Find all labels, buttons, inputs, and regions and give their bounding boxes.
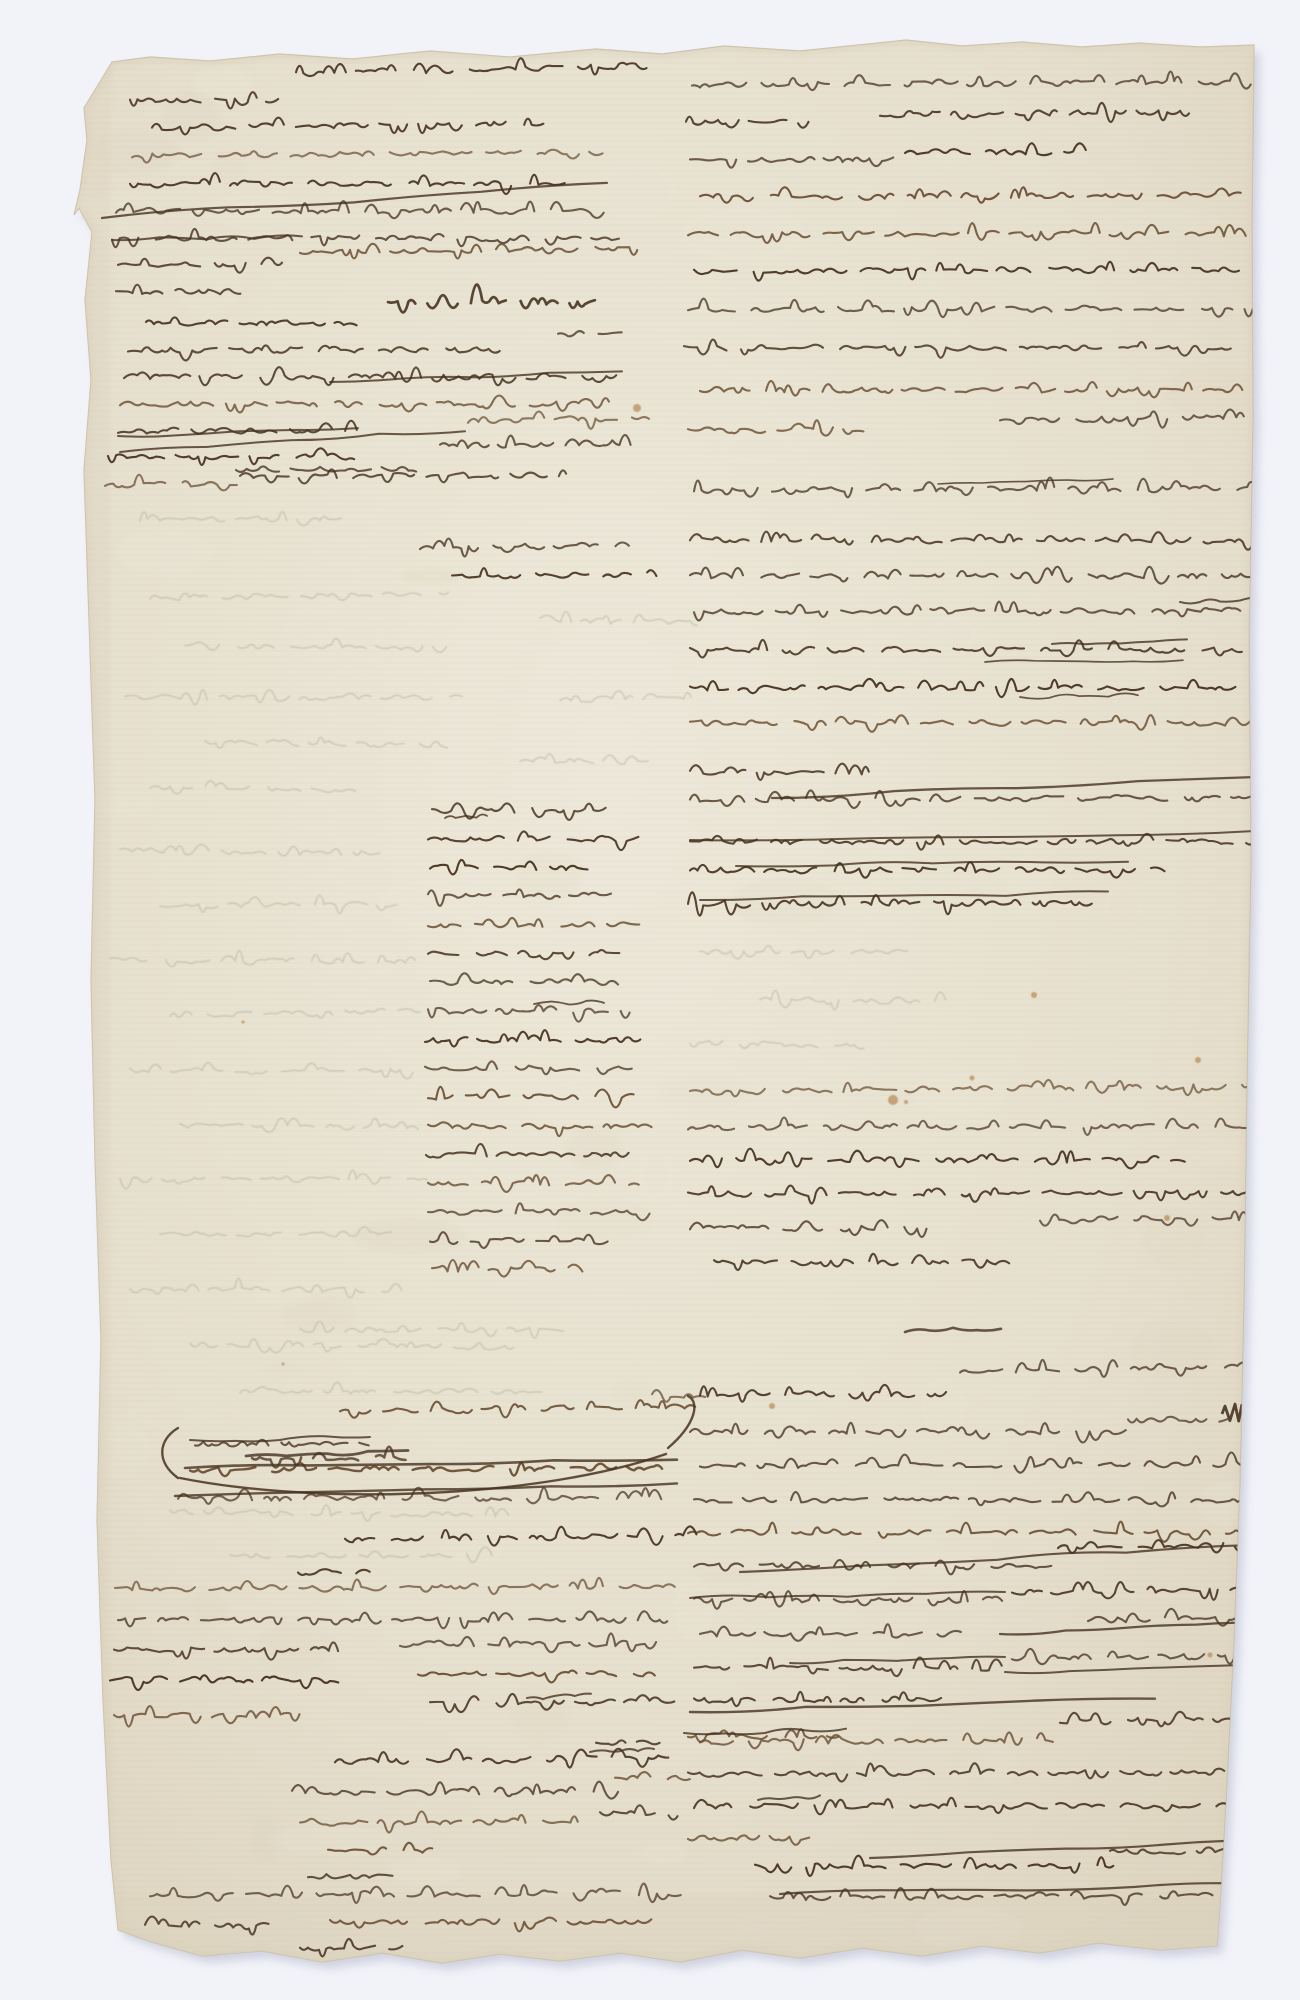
paper-texture xyxy=(43,35,1290,1970)
fox-spot xyxy=(282,1363,285,1366)
fox-spot xyxy=(1164,1215,1170,1221)
fox-spot xyxy=(888,1095,898,1105)
fox-spot xyxy=(1208,1653,1213,1658)
fox-spot xyxy=(970,1076,975,1081)
scanned-manuscript-page xyxy=(0,0,1300,2000)
fox-spot xyxy=(242,1021,245,1024)
fox-spot xyxy=(1031,992,1037,998)
fox-spot xyxy=(769,1403,775,1409)
fox-spot xyxy=(1195,1057,1201,1063)
manuscript-scan-image xyxy=(0,0,1300,2000)
fox-spot xyxy=(904,1100,908,1104)
fox-spot xyxy=(633,404,641,412)
